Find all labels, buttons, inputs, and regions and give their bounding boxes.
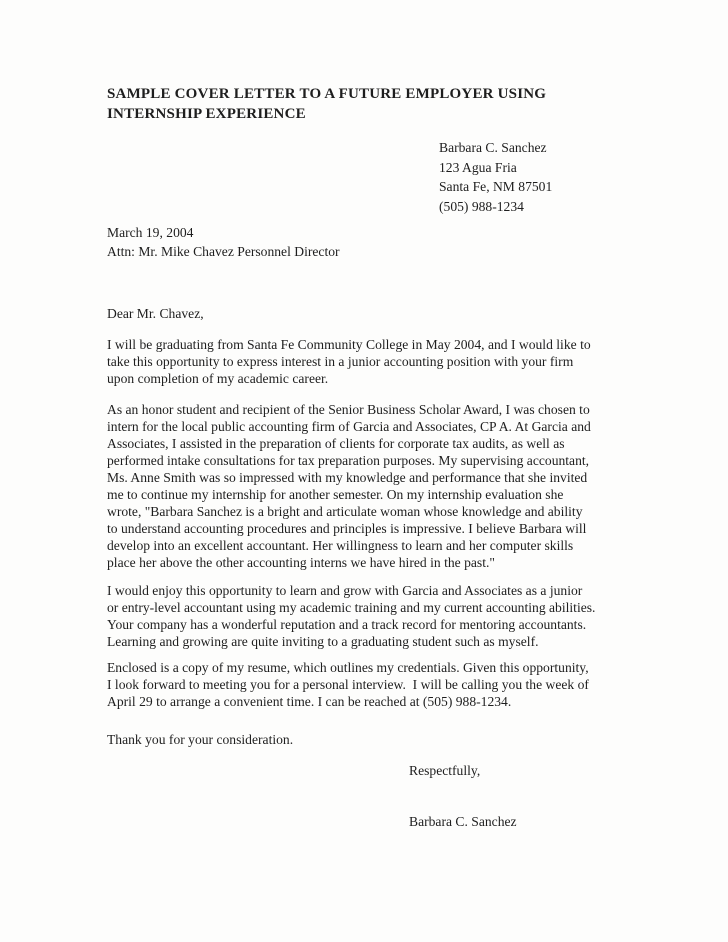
body-paragraph-1: I will be graduating from Santa Fe Commu… [107, 336, 591, 387]
text-line: take this opportunity to express interes… [107, 353, 591, 370]
text-line: intern for the local public accounting f… [107, 418, 591, 435]
signature-line: Barbara C. Sanchez [409, 813, 517, 830]
letter-page: SAMPLE COVER LETTER TO A FUTURE EMPLOYER… [0, 0, 728, 942]
date-line: March 19, 2004 [107, 223, 340, 242]
attn-line: Attn: Mr. Mike Chavez Personnel Director [107, 242, 340, 261]
body-paragraph-3: I would enjoy this opportunity to learn … [107, 582, 595, 650]
text-line: I would enjoy this opportunity to learn … [107, 582, 595, 599]
date-attn-block: March 19, 2004 Attn: Mr. Mike Chavez Per… [107, 223, 340, 261]
text-line: (505) 988-1234 [439, 197, 552, 217]
text-line: I look forward to meeting you for a pers… [107, 676, 589, 693]
text-line: develop into an excellent accountant. He… [107, 537, 591, 554]
sender-address-block: Barbara C. Sanchez123 Agua FriaSanta Fe,… [439, 138, 552, 216]
text-line: Barbara C. Sanchez [439, 138, 552, 158]
text-line: INTERNSHIP EXPERIENCE [107, 105, 546, 125]
body-paragraph-4: Enclosed is a copy of my resume, which o… [107, 659, 589, 710]
text-line: to understand accounting procedures and … [107, 520, 591, 537]
text-line: performed intake consultations for tax p… [107, 452, 591, 469]
text-line: 123 Agua Fria [439, 158, 552, 178]
text-line: Ms. Anne Smith was so impressed with my … [107, 469, 591, 486]
text-line: Santa Fe, NM 87501 [439, 177, 552, 197]
text-line: Learning and growing are quite inviting … [107, 633, 595, 650]
body-paragraph-2: As an honor student and recipient of the… [107, 401, 591, 571]
text-line: I will be graduating from Santa Fe Commu… [107, 336, 591, 353]
text-line: SAMPLE COVER LETTER TO A FUTURE EMPLOYER… [107, 85, 546, 105]
text-line: upon completion of my academic career. [107, 370, 591, 387]
text-line: Associates, I assisted in the preparatio… [107, 435, 591, 452]
text-line: Enclosed is a copy of my resume, which o… [107, 659, 589, 676]
text-line: April 29 to arrange a convenient time. I… [107, 693, 589, 710]
text-line: me to continue my internship for another… [107, 486, 591, 503]
text-line: place her above the other accounting int… [107, 554, 591, 571]
letter-title: SAMPLE COVER LETTER TO A FUTURE EMPLOYER… [107, 85, 546, 124]
text-line: Your company has a wonderful reputation … [107, 616, 595, 633]
thanks-line: Thank you for your consideration. [107, 731, 293, 748]
text-line: As an honor student and recipient of the… [107, 401, 591, 418]
text-line: or entry-level accountant using my acade… [107, 599, 595, 616]
closing-line: Respectfully, [409, 762, 480, 779]
salutation-line: Dear Mr. Chavez, [107, 305, 204, 322]
text-line: wrote, "Barbara Sanchez is a bright and … [107, 503, 591, 520]
